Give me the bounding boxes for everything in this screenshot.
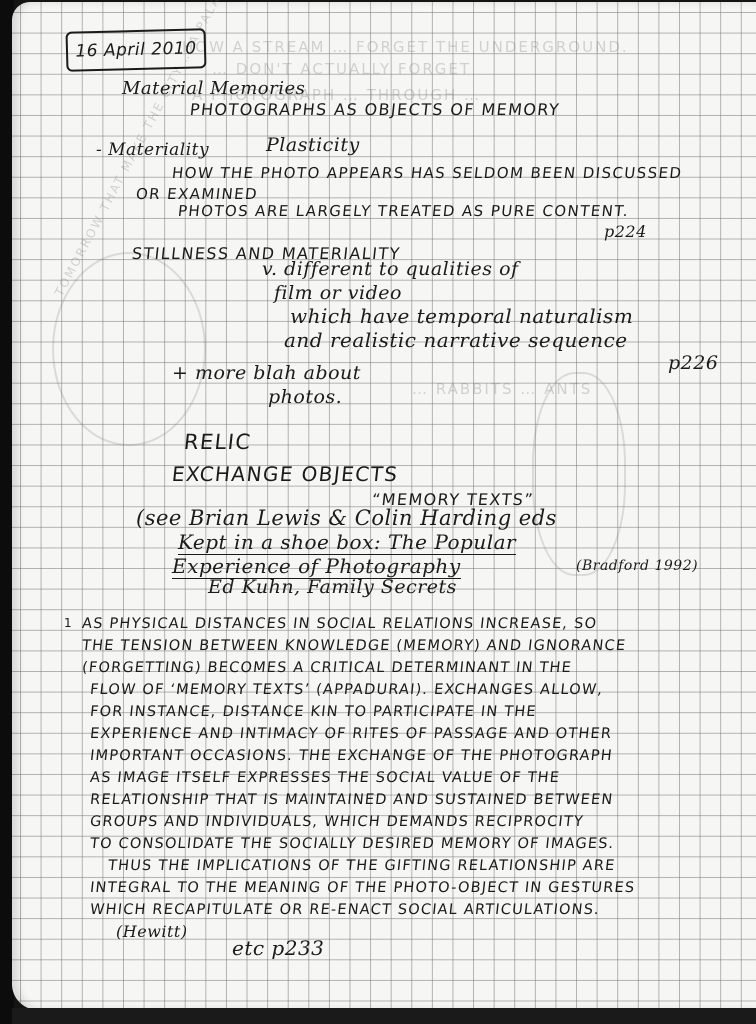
note-and-realistic: and realistic narrative sequence — [284, 328, 628, 352]
quote-line: relationship that is maintained and sust… — [89, 792, 614, 808]
quote-line: Thus the implications of the gifting rel… — [107, 858, 616, 874]
quote-line: to consolidate the socially desired memo… — [89, 836, 615, 852]
heading-exchange-objects: Exchange objects — [171, 462, 400, 486]
date-text: 16 April 2010 — [68, 30, 205, 70]
bleed-through-sketch — [532, 372, 626, 576]
page-ref-224: p224 — [604, 222, 647, 241]
graph-paper-page: How a stream … forget the underground. …… — [12, 2, 756, 1010]
quote-attribution: (Hewitt) — [116, 922, 188, 941]
bleed-through-text: … don't actually forget — [212, 60, 471, 78]
quote-line: integral to the meaning of the photo-obj… — [89, 880, 636, 896]
quote-line: for instance, distance kin to participat… — [89, 704, 537, 720]
book-publication: (Bradford 1992) — [576, 558, 698, 574]
note-or-examined: or examined — [135, 185, 259, 203]
note-materiality: - Materiality — [96, 140, 209, 160]
subtitle: Photographs as objects of memory — [189, 100, 561, 119]
note-film-video: film or video — [274, 282, 402, 304]
note-which-have: which have temporal naturalism — [290, 304, 633, 328]
note-more-blah: + more blah about — [172, 362, 361, 384]
note-kuhn-family-secrets: Ed Kuhn, Family Secrets — [208, 576, 457, 598]
quote-line: as image itself expresses the social val… — [89, 770, 561, 786]
page-bottom-edge — [12, 1008, 756, 1024]
footnote-marker: 1 — [64, 616, 72, 630]
quote-line: groups and individuals, which demands re… — [89, 814, 585, 830]
note-photos-treated: Photos are largely treated as pure conte… — [177, 202, 630, 220]
heading-relic: Relic — [183, 430, 253, 454]
bleed-through-sketch — [52, 252, 206, 446]
quote-line: experience and intimacy of rites of pass… — [89, 726, 613, 742]
page-ref-226: p226 — [668, 352, 718, 374]
note-plasticity: Plasticity — [266, 134, 360, 156]
date-stamp: 16 April 2010 — [66, 28, 207, 72]
quote-line: important occasions. The exchange of the… — [89, 748, 613, 764]
quote-line: flow of ‘memory texts’ (Appadurai). Exch… — [89, 682, 604, 698]
note-see-lewis-harding: (see Brian Lewis & Colin Harding eds — [136, 506, 557, 530]
note-v-different: v. different to qualities of — [262, 258, 519, 280]
quote-line: As physical distances in social relation… — [81, 616, 598, 632]
note-how-photo-appears: How the photo appears has seldom been di… — [171, 164, 683, 182]
quote-line: the tension between knowledge (memory) a… — [81, 638, 627, 654]
page-ref-233: etc p233 — [232, 936, 324, 960]
title-material-memories: Material Memories — [122, 78, 305, 99]
quote-line: (forgetting) becomes a critical determin… — [81, 660, 573, 676]
book-title-line-1: Kept in a shoe box: The Popular — [178, 530, 516, 555]
note-photos: photos. — [268, 386, 342, 408]
quote-line: which recapitulate or re-enact social ar… — [89, 902, 601, 918]
bleed-through-text: How a stream … forget the underground. — [182, 38, 629, 56]
